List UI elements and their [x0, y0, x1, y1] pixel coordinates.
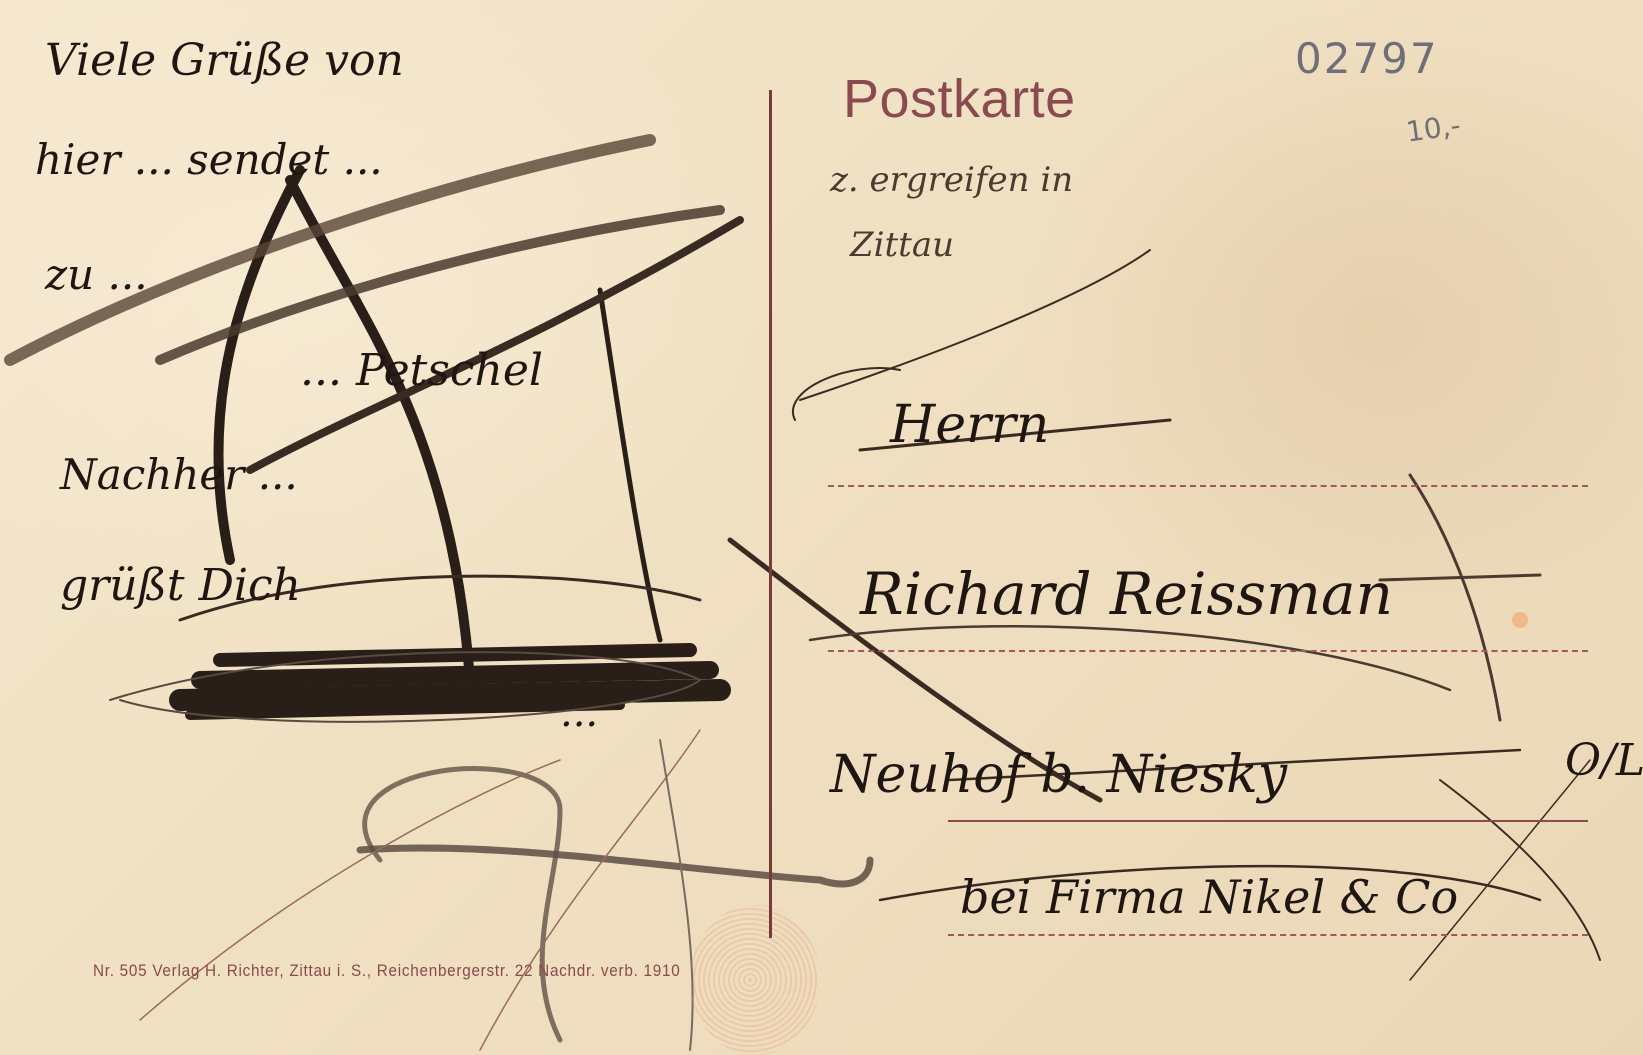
publisher-imprint: Nr. 505 Verlag H. Richter, Zittau i. S.,… [93, 961, 680, 981]
salutation: Herrn [890, 395, 1049, 455]
address-note-line-1: z. ergreifen in [830, 160, 1073, 200]
center-divider-line [769, 90, 772, 938]
message-line-7: ... [560, 690, 598, 736]
message-line-3: zu ... [45, 250, 148, 299]
postcard-title: Postkarte [843, 68, 1076, 130]
message-line-2: hier ... sendet ... [35, 135, 383, 184]
address-line-1 [828, 485, 1588, 487]
postcard: Postkarte Nr. 505 Verlag H. Richter, Zit… [0, 0, 1643, 1055]
margin-note: O/L [1565, 735, 1643, 786]
price-mark: 10,- [1404, 108, 1463, 148]
address-line-3 [948, 820, 1588, 822]
recipient-town: Neuhof b. Niesky [830, 745, 1287, 805]
recipient-name: Richard Reissman [860, 560, 1393, 628]
message-line-1: Viele Grüße von [45, 35, 404, 86]
recipient-firm: bei Firma Nikel & Co [960, 870, 1458, 924]
address-line-4 [948, 934, 1588, 936]
message-line-6: grüßt Dich [60, 560, 301, 611]
address-note-line-2: Zittau [850, 225, 954, 265]
message-line-5: Nachher ... [60, 450, 298, 499]
stain-spot [1512, 612, 1528, 628]
address-line-2 [828, 650, 1588, 652]
thumbprint-smudge [690, 905, 820, 1055]
archive-number: 02797 [1295, 34, 1439, 83]
message-line-4: ... Petschel [300, 345, 543, 396]
